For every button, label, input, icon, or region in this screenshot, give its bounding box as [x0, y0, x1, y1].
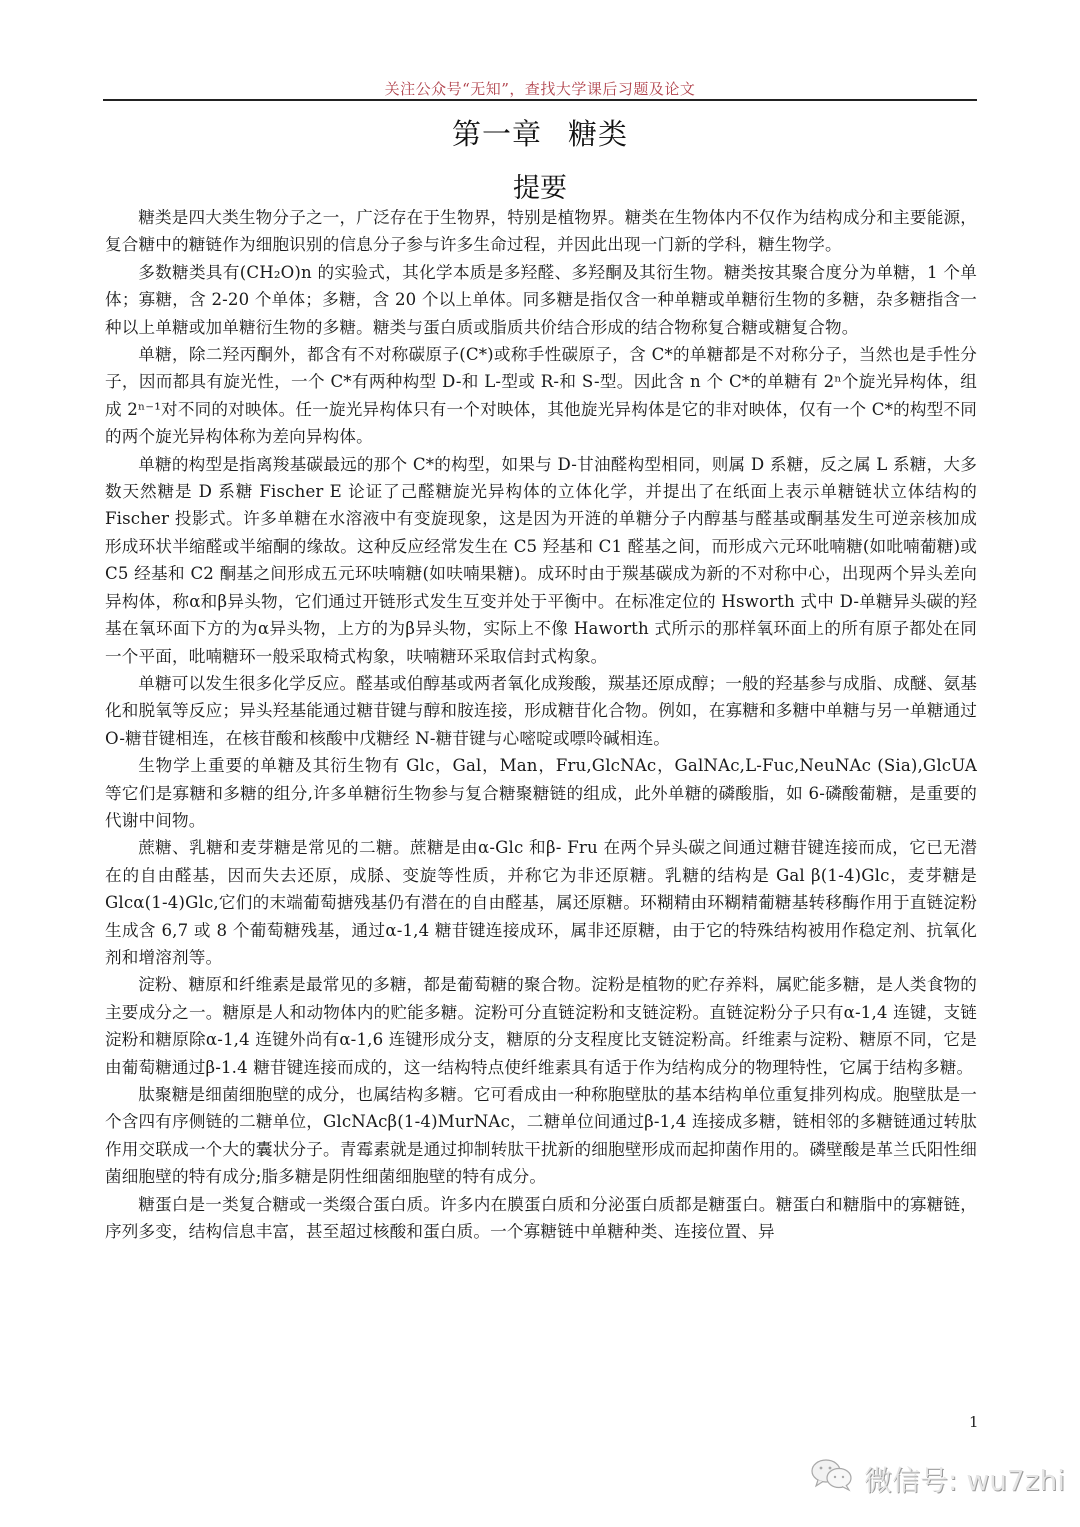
header-divider [103, 99, 977, 101]
paragraph: 蔗糖、乳糖和麦芽糖是常见的二糖。蔗糖是由α-Glc 和β- Fru 在两个异头碳… [105, 834, 977, 971]
paragraph: 糖蛋白是一类复合糖或一类缀合蛋白质。许多内在膜蛋白质和分泌蛋白质都是糖蛋白。糖蛋… [105, 1191, 977, 1246]
paragraph: 单糖，除二羟丙酮外，都含有不对称碳原子(C*)或称手性碳原子，含 C*的单糖都是… [105, 341, 977, 451]
header-note: 关注公众号“无知”，查找大学课后习题及论文 [0, 78, 1080, 99]
paragraph: 淀粉、糖原和纤维素是最常见的多糖，都是葡萄糖的聚合物。淀粉是植物的贮存养料，属贮… [105, 971, 977, 1081]
chapter-name: 糖类 [568, 117, 628, 151]
wechat-icon [810, 1458, 864, 1499]
paragraph: 单糖可以发生很多化学反应。醛基或伯醇基或两者氧化成羧酸，羰基还原成醇；一般的羟基… [105, 670, 977, 752]
chapter-title: 第一章糖类 [0, 112, 1080, 153]
paragraph: 糖类是四大类生物分子之一，广泛存在于生物界，特别是植物界。糖类在生物体内不仅作为… [105, 204, 977, 259]
paragraph: 生物学上重要的单糖及其衍生物有 Glc，Gal，Man，Fru,GlcNAc，G… [105, 752, 977, 834]
body-text: 糖类是四大类生物分子之一，广泛存在于生物界，特别是植物界。糖类在生物体内不仅作为… [105, 204, 977, 1245]
paragraph: 多数糖类具有(CH₂O)n 的实验式，其化学本质是多羟醛、多羟酮及其衍生物。糖类… [105, 259, 977, 341]
paragraph: 肽聚糖是细菌细胞壁的成分，也属结构多糖。它可看成由一种称胞壁肽的基本结构单位重复… [105, 1081, 977, 1191]
chapter-number: 第一章 [452, 117, 542, 151]
watermark: 微信号: wu7zhi [810, 1458, 1065, 1499]
section-title: 提要 [0, 166, 1080, 205]
paragraph: 单糖的构型是指离羧基碳最远的那个 C*的构型，如果与 D-甘油醛构型相同，则属 … [105, 451, 977, 670]
page-number: 1 [969, 1413, 979, 1431]
watermark-text: 微信号: wu7zhi [864, 1459, 1065, 1499]
